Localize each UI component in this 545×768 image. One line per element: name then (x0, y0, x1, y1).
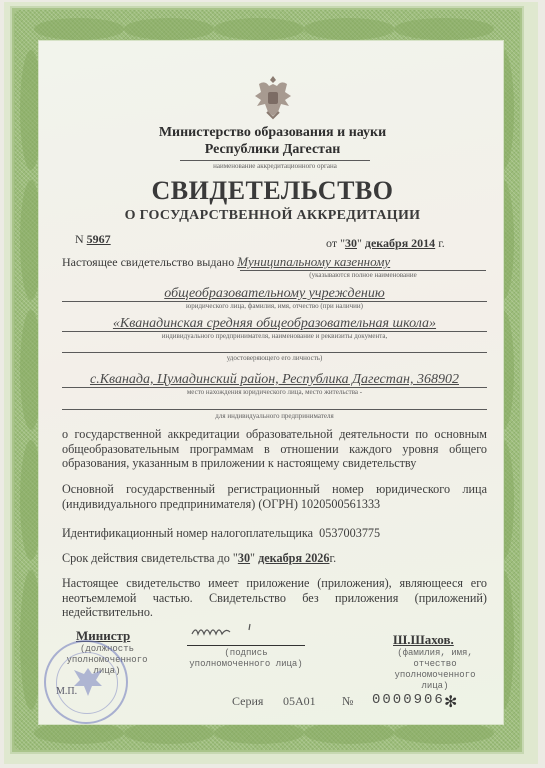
signature-line (187, 645, 305, 646)
recipient-caption-1: (указываются полное наименование (240, 271, 486, 279)
recipient-line-1: Муниципальному казенному (237, 254, 390, 269)
handwritten-signature (188, 620, 278, 638)
series-label: Серия (232, 694, 263, 709)
signature-caption: (подпись уполномоченного лица) (187, 648, 305, 670)
address-caption-2: для индивидуального предпринимателя (62, 412, 487, 420)
document-title: СВИДЕТЕЛЬСТВО (120, 176, 425, 206)
recipient-caption-4: удостоверяющего его личность) (62, 354, 487, 362)
serial-number-label: № (342, 694, 353, 709)
certificate-date: от "30" декабря 2014 г. (326, 236, 445, 251)
authority-caption: наименование аккредитационного органа (150, 162, 400, 170)
validity-day: 30 (238, 551, 250, 565)
issuing-authority: Министерство образования и науки Республ… (120, 124, 425, 158)
ogrn-text: Основной государственный регистрационный… (62, 482, 487, 511)
serial-number-value: 0000906 (372, 692, 445, 708)
recipient-caption-2: юридического лица, фамилия, имя, отчеств… (62, 302, 487, 310)
series-value: 05А01 (283, 694, 316, 709)
inn-text: Идентификационный номер налогоплательщик… (62, 526, 487, 541)
seal-mark: М.П. (56, 686, 77, 697)
accreditation-text: о государственной аккредитации образоват… (62, 427, 487, 471)
inn-value: 0537003775 (319, 526, 380, 540)
date-month-year: декабря 2014 (365, 236, 435, 250)
recipient-line-2-wrap: общеобразовательному учреждению (62, 284, 487, 302)
issued-intro: Настоящее свидетельство выдано Муниципал… (62, 254, 390, 270)
appendix-text: Настоящее свидетельство имеет приложение… (62, 576, 487, 620)
official-seal (44, 640, 128, 724)
double-headed-eagle-emblem (251, 72, 295, 124)
signatory-name: Ш.Шахов. (393, 632, 454, 648)
address-caption: место нахождения юридического лица, мест… (62, 388, 487, 396)
school-name: «Кванадинская средняя общеобразовательна… (113, 316, 436, 331)
certificate-number: N 5967 (75, 232, 111, 247)
certificate-number-value: 5967 (87, 232, 111, 246)
asterisk-mark-icon: ✻ (444, 692, 457, 712)
address-wrap: с.Кванада, Цумадинский район, Республика… (62, 370, 487, 388)
authority-line-1: Министерство образования и науки (120, 124, 425, 141)
authority-line-2: Республики Дагестан (120, 141, 425, 158)
date-day: 30 (345, 236, 357, 250)
authority-underline (180, 160, 370, 161)
validity-month-year: декабря 2026 (258, 551, 329, 565)
school-address: с.Кванада, Цумадинский район, Республика… (90, 372, 459, 387)
document-subtitle: О ГОСУДАРСТВЕННОЙ АККРЕДИТАЦИИ (100, 208, 445, 224)
recipient-caption-3: индивидуального предпринимателя, наимено… (62, 332, 487, 340)
recipient-line-3-wrap: «Кванадинская средняя общеобразовательна… (62, 314, 487, 332)
name-caption: (фамилия, имя, отчество уполномоченного … (380, 648, 490, 692)
recipient-line-2: общеобразовательному учреждению (164, 286, 385, 301)
validity-text: Срок действия свидетельства до "30" дека… (62, 551, 487, 566)
